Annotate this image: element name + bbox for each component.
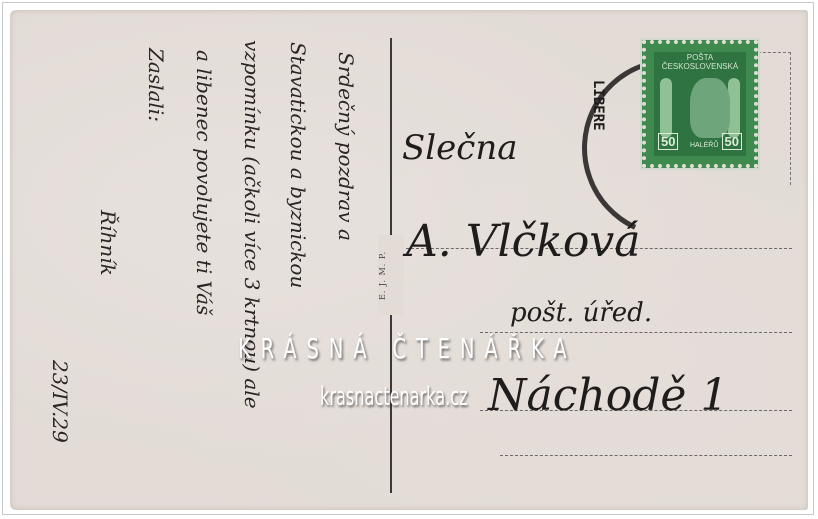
address-city: Náchodě 1 xyxy=(488,370,728,421)
message-line-5: Zaslali: xyxy=(144,48,168,122)
address-line2: pošt. úřed. xyxy=(510,298,652,328)
portrait-icon xyxy=(690,78,730,138)
message-line-2: Stavatickou a byznickou xyxy=(286,42,310,288)
stamp-value-right: 50 xyxy=(722,133,742,150)
address-salutation: Slečna xyxy=(402,128,518,168)
postmark-text: LIBERE xyxy=(590,80,606,131)
watermark-url: krasnactenarka.cz xyxy=(320,382,468,412)
message-signature: Říhník xyxy=(96,210,120,276)
stamp-denomination: HALÉŘŮ xyxy=(690,142,718,149)
laurel-left-icon xyxy=(660,78,672,138)
message-line-1: Srdečný pozdrav a xyxy=(334,52,358,241)
stamp-country: POŠTA ČESKOSLOVENSKÁ xyxy=(654,53,746,71)
printer-mark: E. J. M. P. xyxy=(378,235,404,315)
stamp-value-left: 50 xyxy=(658,133,678,150)
message-line-4: a libenec povolujete ti Váš xyxy=(192,50,216,315)
stamp-inner: POŠTA ČESKOSLOVENSKÁ 50 HALÉŘŮ 50 xyxy=(654,52,746,156)
postage-stamp: POŠTA ČESKOSLOVENSKÁ 50 HALÉŘŮ 50 xyxy=(642,40,758,168)
address-name: A. Vlčková xyxy=(406,216,640,267)
watermark-title: KRÁSNÁ ČTENÁŘKA xyxy=(238,332,576,365)
address-line-4 xyxy=(500,455,792,456)
message-date: 23/IV.29 xyxy=(48,360,72,443)
